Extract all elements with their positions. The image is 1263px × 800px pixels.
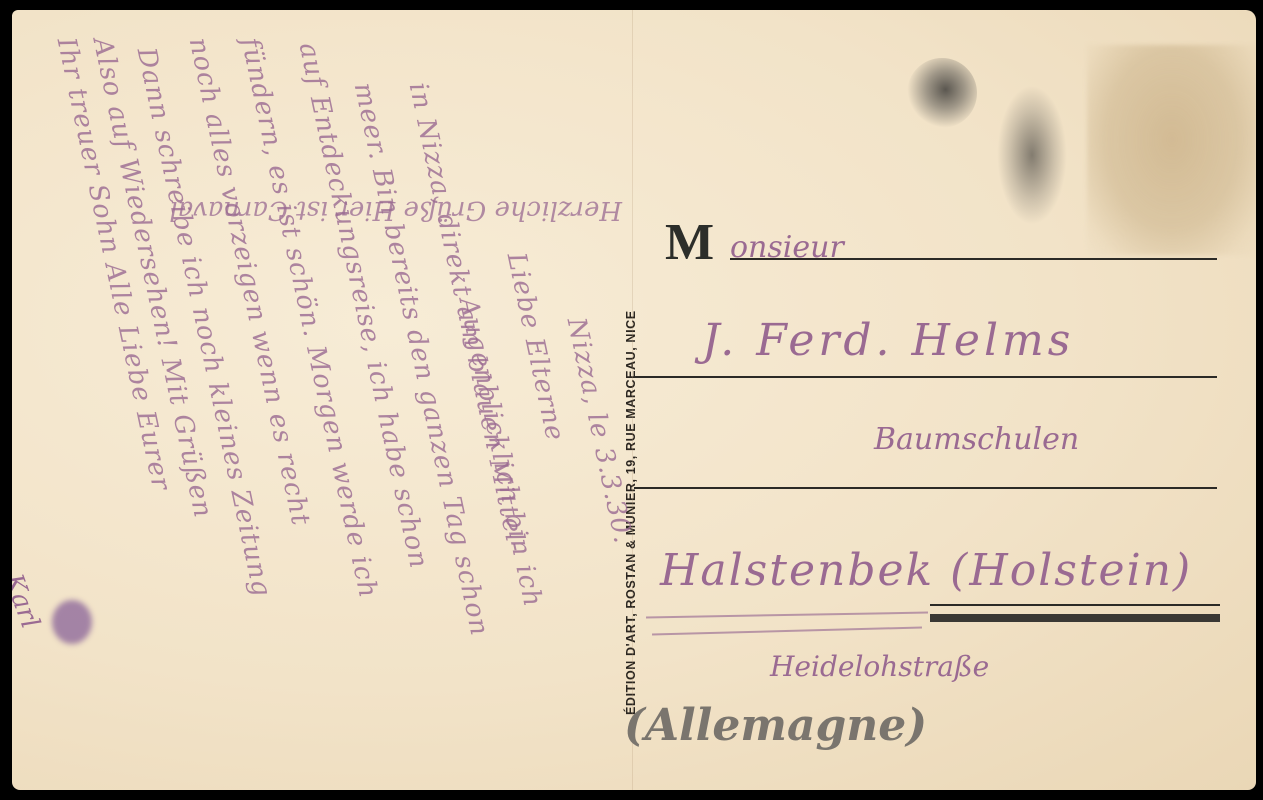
- center-divider: [632, 10, 633, 790]
- postcard-back: ÉDITION D'ART, ROSTAN & MUNIER, 19, RUE …: [12, 10, 1256, 790]
- recipient-name: J. Ferd. Helms: [702, 315, 1074, 366]
- address-line-4: [930, 604, 1220, 606]
- postmark-cancel-icon: [997, 85, 1067, 225]
- recipient-country: (Allemagne): [624, 700, 927, 751]
- recipient-street: Heidelohstraße: [770, 650, 989, 683]
- stamp-residue: [1087, 45, 1256, 255]
- message-greeting: Liebe Elterne: [501, 250, 570, 444]
- signature: Karl: [12, 570, 45, 633]
- postmark-icon: [907, 58, 977, 128]
- recipient-city: Halstenbek (Holstein): [660, 545, 1192, 596]
- address-line-1: [730, 258, 1217, 260]
- underline-scribble: [652, 626, 922, 635]
- underline-scribble: [646, 612, 928, 619]
- ink-blot: [52, 600, 92, 644]
- salutation-initial: M: [665, 213, 714, 272]
- address-line-3: [634, 487, 1217, 489]
- recipient-line2: Baumschulen: [874, 422, 1079, 457]
- address-line-2: [634, 376, 1217, 378]
- address-line-4-thick: [930, 614, 1220, 622]
